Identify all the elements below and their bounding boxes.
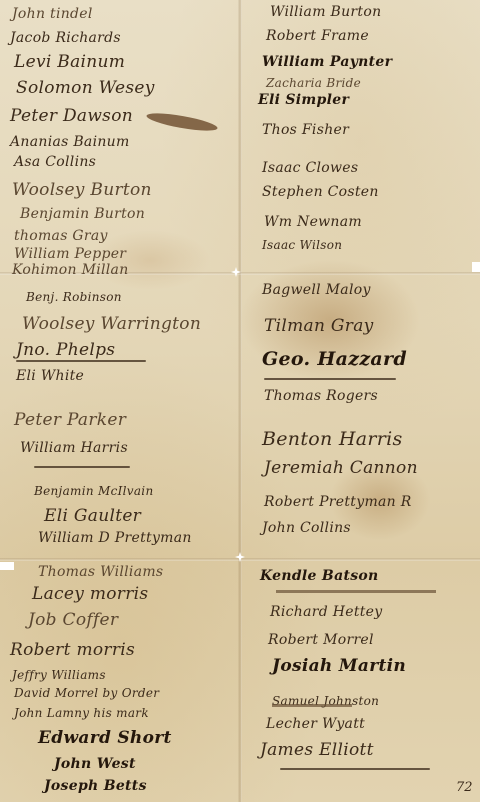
signature: Woolsey Warrington: [22, 314, 201, 334]
signature: Josiah Martin: [272, 656, 406, 676]
signature: William D Prettyman: [38, 530, 192, 546]
signature: Isaac Clowes: [262, 160, 358, 176]
signature: Eli White: [16, 368, 84, 384]
signature: Stephen Costen: [262, 184, 379, 200]
signature: John Collins: [262, 520, 351, 536]
signature: thomas Gray: [14, 228, 108, 244]
signature: Robert Frame: [266, 28, 369, 44]
edge-tear: [472, 262, 480, 272]
signature: Edward Short: [38, 728, 172, 748]
signature: Asa Collins: [14, 154, 96, 170]
signature: Thomas Rogers: [264, 388, 378, 404]
signature: Robert morris: [10, 640, 135, 660]
document-page: John tindel Jacob Richards Levi Bainum S…: [0, 0, 480, 802]
signature: James Elliott: [260, 740, 374, 760]
signature: Thos Fisher: [262, 122, 349, 138]
signature-flourish: [264, 378, 396, 380]
signature-flourish: [34, 466, 130, 468]
signature: Geo. Hazzard: [262, 348, 407, 370]
signature: Jacob Richards: [10, 30, 121, 46]
signature: Benjamin Burton: [20, 206, 145, 222]
signature: William Burton: [270, 4, 381, 20]
signature: Kendle Batson: [260, 568, 379, 584]
ink-blot: [146, 110, 219, 134]
signature: Eli Gaulter: [44, 506, 141, 526]
signature: Ananias Bainum: [10, 134, 130, 150]
edge-tear: [0, 562, 14, 570]
signature: Jeremiah Cannon: [264, 458, 418, 478]
signature: Jeffry Williams: [12, 668, 106, 682]
signature: Wm Newnam: [264, 214, 362, 230]
signature: Zacharia Bride: [266, 76, 361, 90]
signature: Bagwell Maloy: [262, 282, 371, 298]
signature: Isaac Wilson: [262, 238, 342, 252]
signature: Jno. Phelps: [16, 340, 115, 360]
signature: Benjamin McIlvain: [34, 484, 153, 498]
signature: Solomon Wesey: [16, 78, 155, 98]
ink-smear: [276, 590, 436, 593]
signature: Woolsey Burton: [12, 180, 152, 200]
signature: William Paynter: [262, 54, 392, 70]
signature: Peter Parker: [14, 410, 126, 430]
signature: William Harris: [20, 440, 128, 456]
signature: Lacey morris: [32, 584, 148, 604]
signature: Robert Morrel: [268, 632, 374, 648]
signature: Benton Harris: [262, 428, 403, 450]
signature: John Lamny his mark: [14, 706, 149, 720]
signature-flourish: [280, 768, 430, 770]
signature-flourish: [16, 360, 146, 362]
signature: Robert Prettyman R: [264, 494, 412, 510]
signature: Tilman Gray: [264, 316, 374, 336]
strikethrough: [272, 704, 352, 707]
signature: Richard Hettey: [270, 604, 382, 620]
signature: Benj. Robinson: [26, 290, 122, 304]
signature: Job Coffer: [28, 610, 118, 630]
signature: Levi Bainum: [14, 52, 125, 72]
signature: Kohimon Millan: [12, 262, 129, 278]
signature: Joseph Betts: [44, 778, 147, 794]
signature: Peter Dawson: [10, 106, 133, 126]
page-number: 72: [456, 780, 473, 795]
signature: John tindel: [12, 6, 93, 22]
signature: John West: [54, 756, 136, 772]
signature: David Morrel by Order: [14, 686, 159, 700]
signature: Eli Simpler: [258, 92, 349, 108]
vertical-fold-line: [238, 0, 242, 802]
signature: Thomas Williams: [38, 564, 163, 580]
signature: William Pepper: [14, 246, 126, 262]
signature: Lecher Wyatt: [266, 716, 365, 732]
